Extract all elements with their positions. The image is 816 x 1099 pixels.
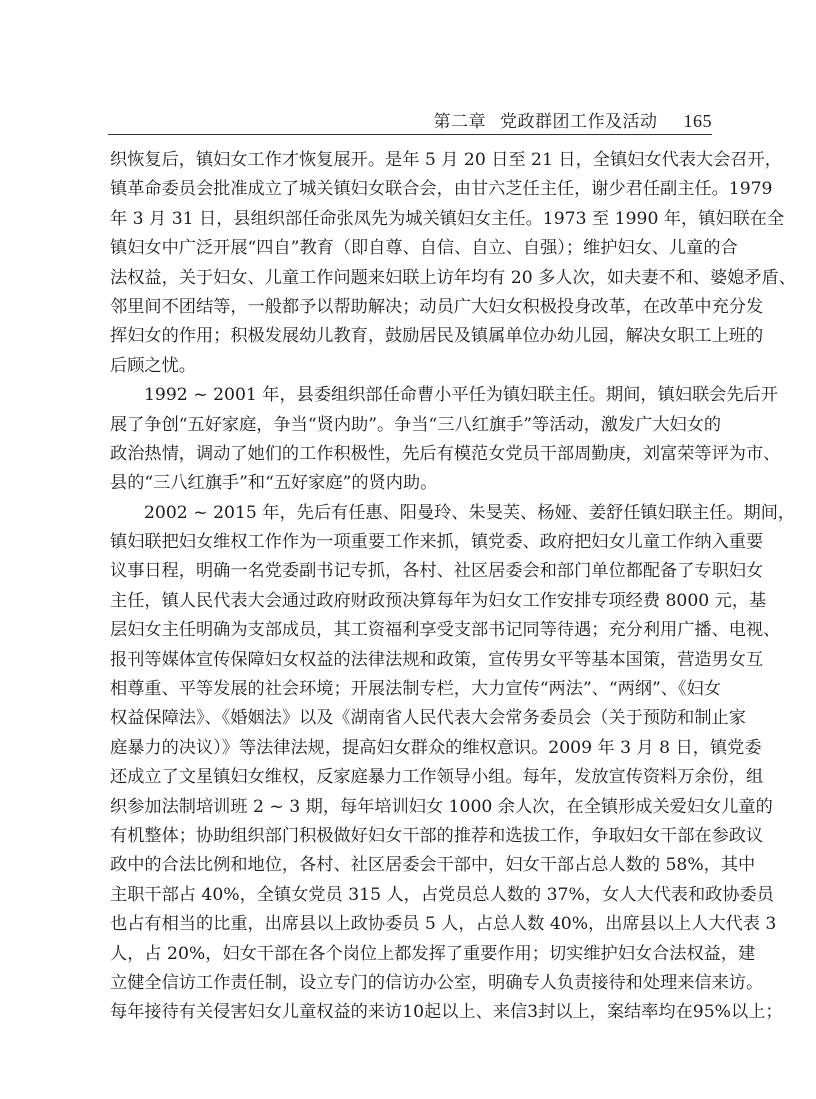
text-line: 权益保障法》、《婚姻法》以及《湖南省人民代表大会常务委员会（关于预防和制止家 <box>110 704 713 733</box>
paragraph: 1992 ~ 2001 年，县委组织部任命曹小平任为镇妇联主任。期间，镇妇联会先… <box>110 381 713 499</box>
paragraph: 2002 ~ 2015 年，先后有任惠、阳曼玲、朱旻芙、杨娅、姜舒任镇妇联主任。… <box>110 499 713 1028</box>
text-line: 政中的合法比例和地位，各村、社区居委会干部中，妇女干部占总人数的 58%，其中 <box>110 851 713 880</box>
chapter-label: 第二章 <box>434 107 487 132</box>
text-line: 人，占 20%，妇女干部在各个岗位上都发挥了重要作用；切实维护妇女合法权益，建 <box>110 940 713 969</box>
text-line: 主任，镇人民代表大会通过政府财政预决算每年为妇女工作安排专项经费 8000 元，… <box>110 587 713 616</box>
running-header: 第二章 党政群团工作及活动 165 <box>108 110 712 132</box>
text-line: 有机整体；协助组织部门积极做好妇女干部的推荐和选拔工作，争取妇女干部在参政议 <box>110 822 713 851</box>
text-line: 邻里间不团结等，一般都予以帮助解决；动员广大妇女积极投身改革，在改革中充分发 <box>110 293 713 322</box>
chapter-title: 党政群团工作及活动 <box>500 107 658 132</box>
text-line: 报刊等媒体宣传保障妇女权益的法律法规和政策，宣传男女平等基本国策，营造男女互 <box>110 646 713 675</box>
text-line: 县的“三八红旗手”和“五好家庭”的贤内助。 <box>110 469 713 498</box>
text-line: 相尊重、平等发展的社会环境；开展法制专栏，大力宣传“两法”、“两纲”、《妇女 <box>110 675 713 704</box>
text-line: 政治热情，调动了她们的工作积极性，先后有模范女党员干部周勤庚，刘富荣等评为市、 <box>110 440 713 469</box>
text-line: 主职干部占 40%，全镇女党员 315 人，占党员总人数的 37%，女人大代表和… <box>110 881 713 910</box>
text-line: 还成立了文星镇妇女维权，反家庭暴力工作领导小组。每年，发放宣传资料万余份，组 <box>110 763 713 792</box>
text-line: 镇妇女中广泛开展“四自”教育（即自尊、自信、自立、自强）；维护妇女、儿童的合 <box>110 234 713 263</box>
text-line: 每年接待有关侵害妇女儿童权益的来访10起以上、来信3封以上，案结率均在95%以上… <box>110 998 713 1027</box>
text-line: 庭暴力的决议）》等法律法规，提高妇女群众的维权意识。2009 年 3 月 8 日… <box>110 734 713 763</box>
text-line: 也占有相当的比重，出席县以上政协委员 5 人，占总人数 40%，出席县以上人大代… <box>110 910 713 939</box>
page-number: 165 <box>684 111 713 132</box>
text-line: 法权益，关于妇女、儿童工作问题来妇联上访年均有 20 多人次，如夫妻不和、婆媳矛… <box>110 264 713 293</box>
text-line: 立健全信访工作责任制，设立专门的信访办公室，明确专人负责接待和处理来信来访。 <box>110 969 713 998</box>
text-line: 展了争创“五好家庭，争当“贤内助”。争当“三八红旗手”等活动，激发广大妇女的 <box>110 411 713 440</box>
text-line: 年 3 月 31 日，县组织部任命张凤先为城关镇妇女主任。1973 至 1990… <box>110 205 713 234</box>
text-line: 1992 ~ 2001 年，县委组织部任命曹小平任为镇妇联主任。期间，镇妇联会先… <box>110 381 713 410</box>
text-line: 层妇女主任明确为支部成员，其工资福利享受支部书记同等待遇；充分利用广播、电视、 <box>110 616 713 645</box>
text-line: 后顾之忧。 <box>110 352 713 381</box>
text-line: 织参加法制培训班 2 ~ 3 期，每年培训妇女 1000 余人次，在全镇形成关爱… <box>110 793 713 822</box>
text-line: 织恢复后，镇妇女工作才恢复展开。是年 5 月 20 日至 21 日，全镇妇女代表… <box>110 146 713 175</box>
text-line: 议事日程，明确一名党委副书记专抓，各村、社区居委会和部门单位都配备了专职妇女 <box>110 557 713 586</box>
header-rule <box>108 134 712 135</box>
text-line: 镇革命委员会批准成立了城关镇妇女联合会，由甘六芝任主任，谢少君任副主任。1979 <box>110 175 713 204</box>
paragraph: 织恢复后，镇妇女工作才恢复展开。是年 5 月 20 日至 21 日，全镇妇女代表… <box>110 146 713 381</box>
body-text: 织恢复后，镇妇女工作才恢复展开。是年 5 月 20 日至 21 日，全镇妇女代表… <box>110 146 713 1028</box>
text-line: 挥妇女的作用；积极发展幼儿教育，鼓励居民及镇属单位办幼儿园，解决女职工上班的 <box>110 322 713 351</box>
text-line: 镇妇联把妇女维权工作作为一项重要工作来抓，镇党委、政府把妇女儿童工作纳入重要 <box>110 528 713 557</box>
text-line: 2002 ~ 2015 年，先后有任惠、阳曼玲、朱旻芙、杨娅、姜舒任镇妇联主任。… <box>110 499 713 528</box>
